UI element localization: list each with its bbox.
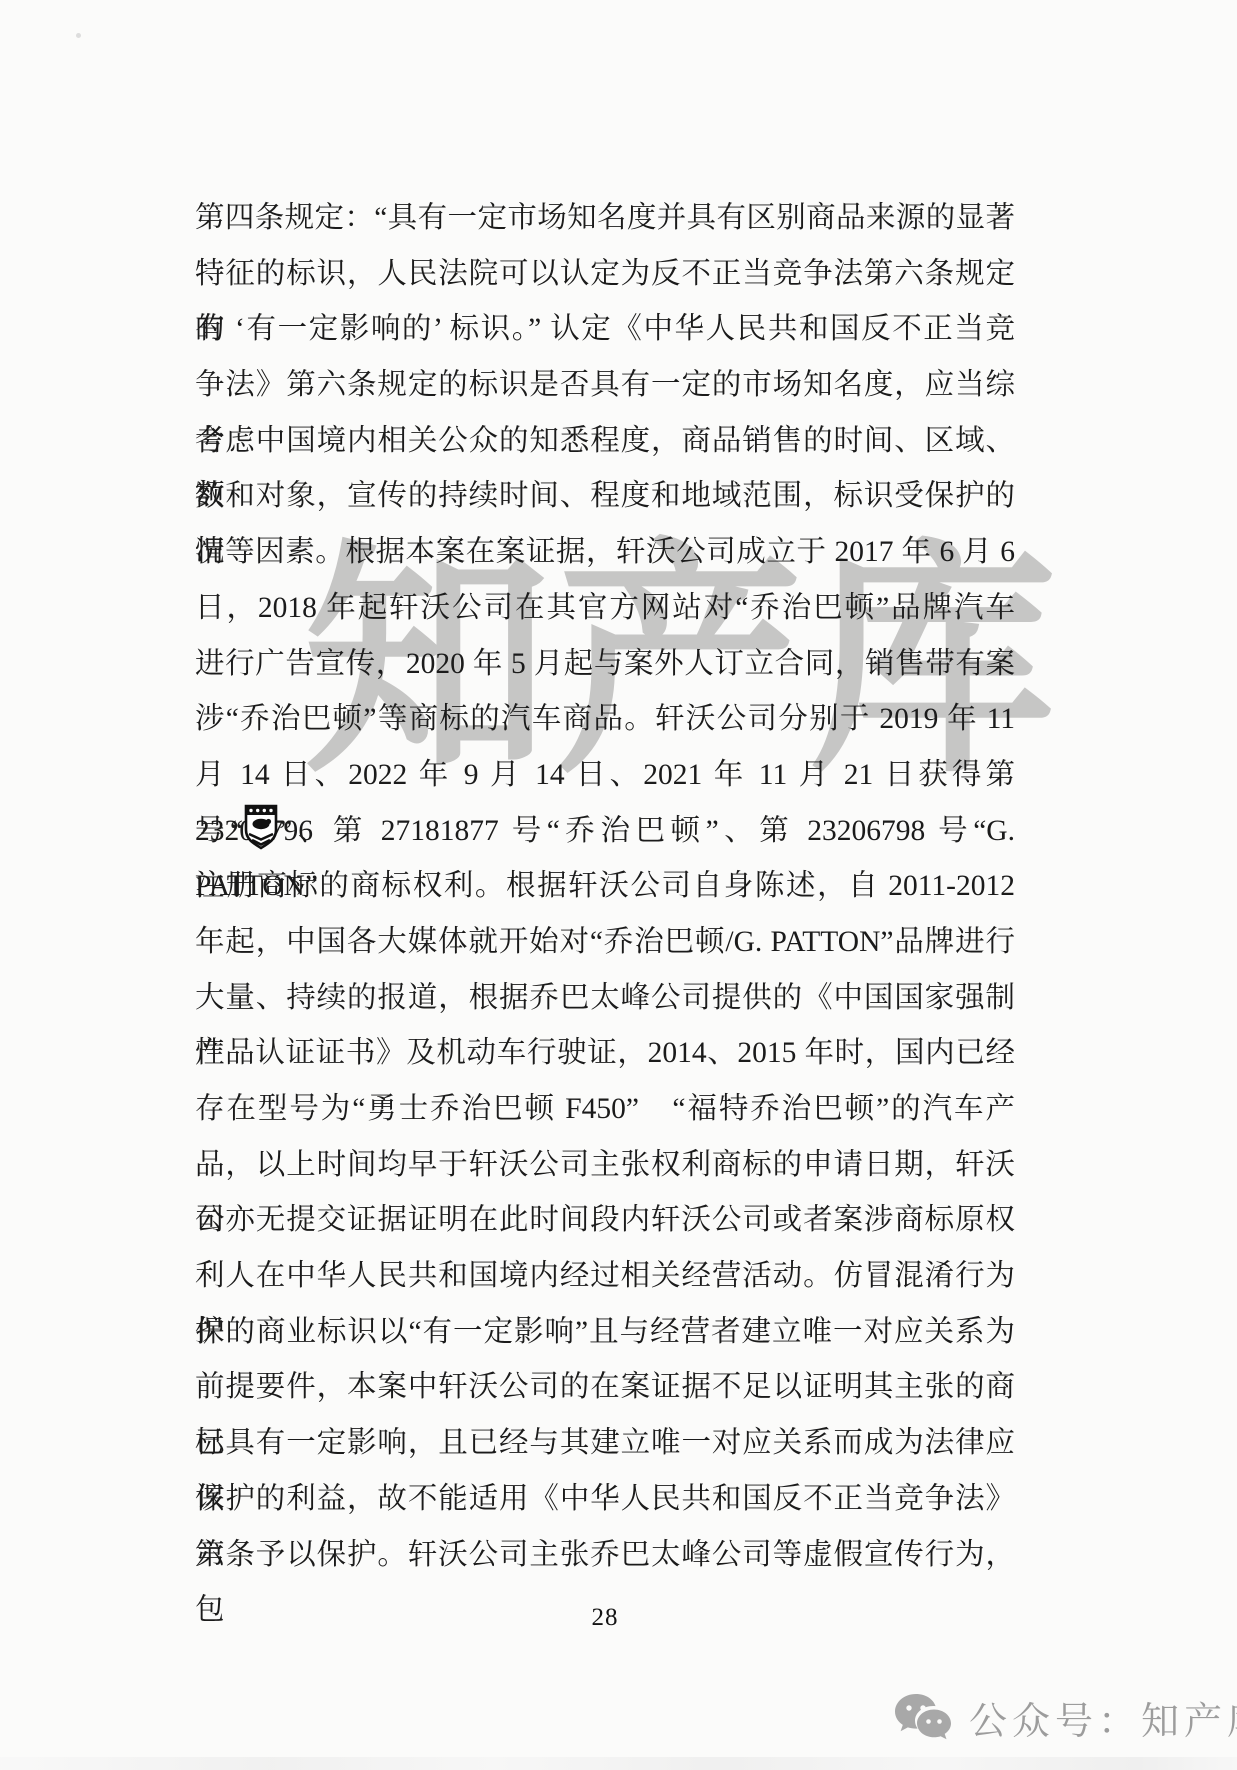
document-line: 日，2018 年起轩沃公司在其官方网站对“乔治巴顿”品牌汽车 [195, 581, 1015, 637]
document-line: 保护的利益，故不能适用《中华人民共和国反不正当竞争法》第 [195, 1472, 1015, 1528]
line-text: 年起，中国各大媒体就开始对“乔治巴顿/G. PATTON”品牌进行 [195, 926, 1015, 958]
line-text: 进行广告宣传，2020 年 5 月起与案外人订立合同，销售带有案 [195, 648, 1015, 680]
document-line: 存在型号为“勇士乔治巴顿 F450” “福特乔治巴顿”的汽车产 [195, 1082, 1015, 1138]
document-line: 年起，中国各大媒体就开始对“乔治巴顿/G. PATTON”品牌进行 [195, 915, 1015, 971]
trademark-shield-logo [243, 804, 279, 850]
document-line: 额和对象，宣传的持续时间、程度和地域范围，标识受保护的情 [195, 469, 1015, 525]
scan-speck [76, 33, 81, 38]
document-line: 号“”、第 27181877 号“乔治巴顿”、第 23206798 号“G. P… [195, 804, 1015, 860]
document-line: 涉“乔治巴顿”等商标的汽车商品。轩沃公司分别于 2019 年 11 [195, 692, 1015, 748]
document-line: 月 14 日、2022 年 9 月 14 日、2021 年 11 月 21 日获… [195, 748, 1015, 804]
line-text: 涉“乔治巴顿”等商标的汽车商品。轩沃公司分别于 2019 年 11 [195, 703, 1015, 735]
page-number: 28 [195, 1604, 1015, 1632]
line-text: 存在型号为“勇士乔治巴顿 F450” “福特乔治巴顿”的汽车产 [195, 1093, 1015, 1125]
document-line: 六条予以保护。轩沃公司主张乔巴太峰公司等虚假宣传行为，包 [195, 1528, 1015, 1584]
document-line: 品，以上时间均早于轩沃公司主张权利商标的申请日期，轩沃公 [195, 1138, 1015, 1194]
line-text: 司亦无提交证据证明在此时间段内轩沃公司或者案涉商标原权 [195, 1204, 1015, 1236]
footer-label: 公众号：知产库 [969, 1690, 1237, 1745]
document-line: 争法》第六条规定的标识是否具有一定的市场知名度，应当综合 [195, 358, 1015, 414]
document-line: 进行广告宣传，2020 年 5 月起与案外人订立合同，销售带有案 [195, 637, 1015, 693]
document-line: 有 ‘有一定影响的’ 标识。” 认定《中华人民共和国反不正当竞 [195, 302, 1015, 358]
document-line: 已具有一定影响，且已经与其建立唯一对应关系而成为法律应该 [195, 1416, 1015, 1472]
line-text: 有 ‘有一定影响的’ 标识。” 认定《中华人民共和国反不正当竞 [195, 313, 1015, 345]
document-line: 司亦无提交证据证明在此时间段内轩沃公司或者案涉商标原权 [195, 1193, 1015, 1249]
document-line: 产品认证证书》及机动车行驶证，2014、2015 年时，国内已经 [195, 1026, 1015, 1082]
footer-credit: 公众号：知产库 [893, 1690, 1237, 1745]
document-line: 第四条规定：“具有一定市场知名度并具有区别商品来源的显著 [195, 191, 1015, 247]
document-line: 考虑中国境内相关公众的知悉程度，商品销售的时间、区域、数 [195, 414, 1015, 470]
document-line: 况等因素。根据本案在案证据，轩沃公司成立于 2017 年 6 月 6 [195, 525, 1015, 581]
line-text: 日，2018 年起轩沃公司在其官方网站对“乔治巴顿”品牌汽车 [195, 592, 1015, 624]
line-text: 第四条规定：“具有一定市场知名度并具有区别商品来源的显著 [195, 202, 1015, 234]
document-lines: 第四条规定：“具有一定市场知名度并具有区别商品来源的显著特征的标识，人民法院可以… [195, 191, 1015, 1583]
line-text: 护的商业标识以“有一定影响”且与经营者建立唯一对应关系为 [195, 1316, 1015, 1348]
line-text: 号“ [195, 815, 243, 847]
document-line: 特征的标识，人民法院可以认定为反不正当竞争法第六条规定的 [195, 247, 1015, 303]
document-line: 注册商标的商标权利。根据轩沃公司自身陈述，自 2011-2012 [195, 859, 1015, 915]
document-line: 利人在中华人民共和国境内经过相关经营活动。仿冒混淆行为保 [195, 1249, 1015, 1305]
line-text: 况等因素。根据本案在案证据，轩沃公司成立于 2017 年 6 月 6 [195, 536, 1015, 568]
line-text: 注册商标的商标权利。根据轩沃公司自身陈述，自 2011-2012 [195, 870, 1015, 902]
wechat-icon [893, 1693, 955, 1743]
document-line: 大量、持续的报道，根据乔巴太峰公司提供的《中国国家强制性 [195, 971, 1015, 1027]
document-line: 护的商业标识以“有一定影响”且与经营者建立唯一对应关系为 [195, 1305, 1015, 1361]
document-line: 前提要件，本案中轩沃公司的在案证据不足以证明其主张的商标 [195, 1360, 1015, 1416]
line-text: 产品认证证书》及机动车行驶证，2014、2015 年时，国内已经 [195, 1037, 1015, 1069]
page-edge-shadow [0, 1757, 1237, 1770]
